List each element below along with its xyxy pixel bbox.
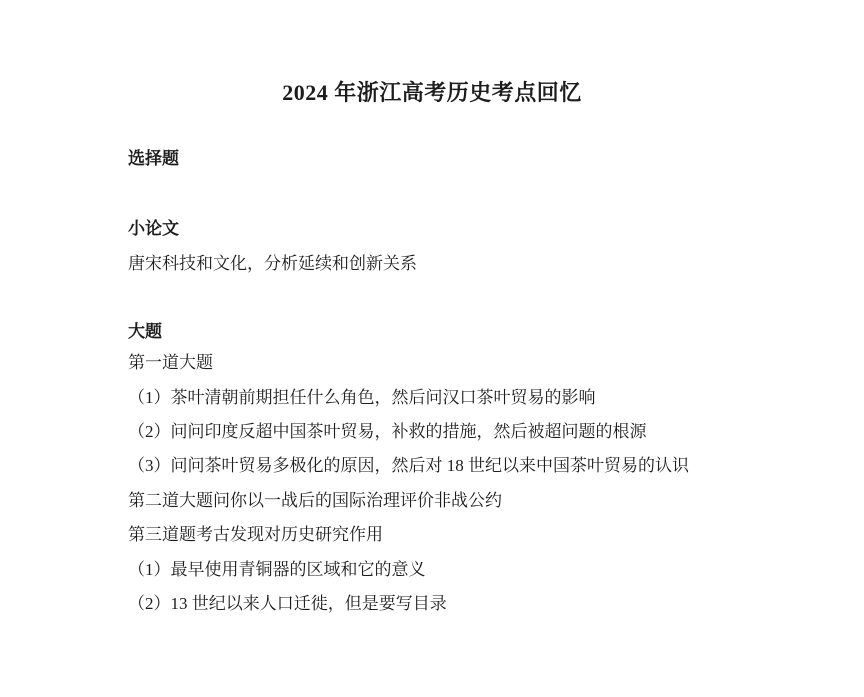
text-line-big-question-2: 第二道大题问你以一战后的国际治理评价非战公约 [128, 491, 744, 511]
text-line-big-question-3-title: 第三道题考古发现对历史研究作用 [128, 525, 744, 545]
document-page: 2024 年浙江高考历史考点回忆 选择题 小论文 唐宋科技和文化，分析延续和创新… [0, 0, 864, 697]
text-line-big-question-1-part-3: （3）问问茶叶贸易多极化的原因，然后对 18 世纪以来中国茶叶贸易的认识 [128, 456, 744, 476]
section-heading-big-questions: 大题 [128, 322, 744, 342]
text-line-big-question-3-part-1: （1）最早使用青铜器的区域和它的意义 [128, 560, 744, 580]
section-heading-multiple-choice: 选择题 [128, 149, 744, 169]
text-line-big-question-1-title: 第一道大题 [128, 353, 744, 373]
text-line-big-question-1-part-1: （1）茶叶清朝前期担任什么角色，然后问汉口茶叶贸易的影响 [128, 388, 744, 408]
section-heading-short-essay: 小论文 [128, 219, 744, 239]
document-title: 2024 年浙江高考历史考点回忆 [0, 78, 864, 108]
text-line-essay-topic: 唐宋科技和文化，分析延续和创新关系 [128, 254, 744, 274]
text-line-big-question-3-part-2: （2）13 世纪以来人口迁徙，但是要写目录 [128, 594, 744, 614]
text-line-big-question-1-part-2: （2）问问印度反超中国茶叶贸易，补救的措施，然后被超问题的根源 [128, 422, 744, 442]
document-content: 选择题 小论文 唐宋科技和文化，分析延续和创新关系 大题 第一道大题 （1）茶叶… [0, 149, 864, 614]
